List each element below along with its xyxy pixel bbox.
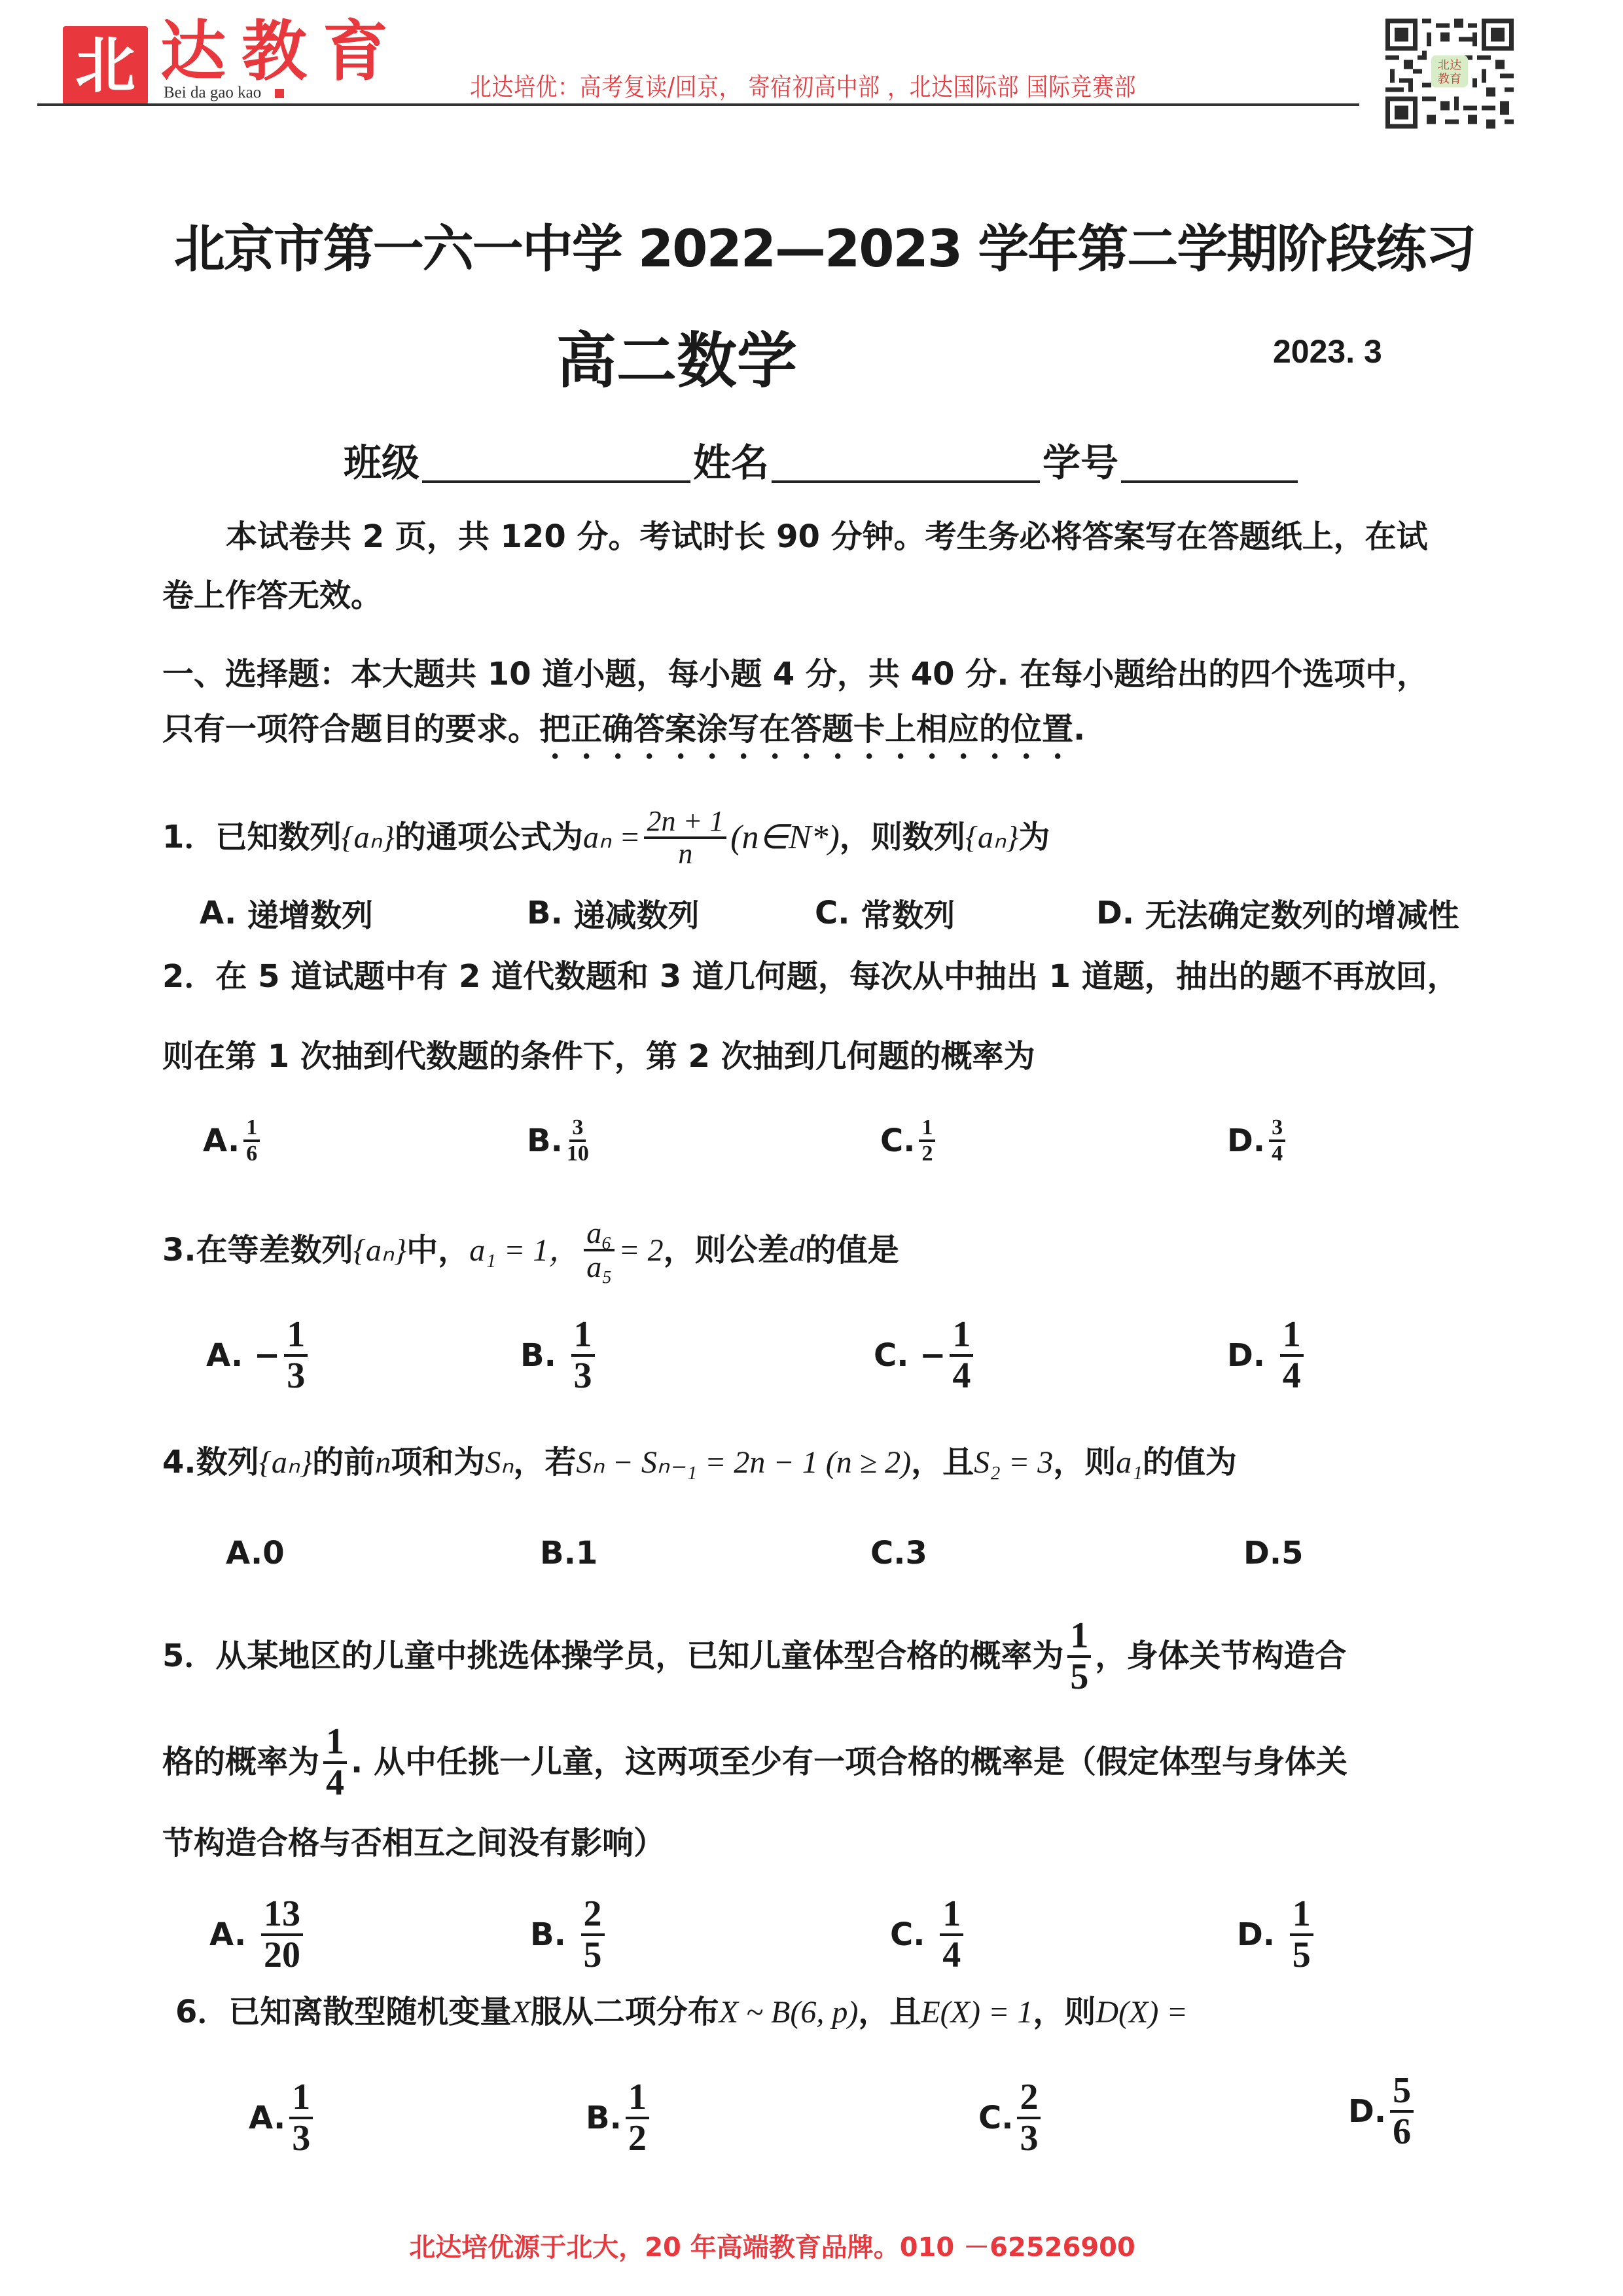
math-condition: a₁ = 1，: [469, 1232, 580, 1270]
q2-option-a[interactable]: A.16: [203, 1116, 264, 1165]
fraction-denominator: n: [678, 839, 692, 869]
q5-option-c[interactable]: C. 14: [890, 1895, 967, 1975]
option-label: D.: [1227, 1337, 1265, 1374]
fraction-denominator: 5: [584, 1936, 602, 1975]
section-1-requirement: 只有一项符合题目的要求。: [162, 711, 539, 747]
fraction-denominator: 20: [264, 1936, 300, 1975]
option-value: 常数列: [861, 890, 955, 935]
option-label: B.: [520, 1337, 556, 1374]
question-1: 1． 已知数列 {aₙ} 的通项公式为 aₙ = 2n + 1 n (n∈N*)…: [162, 806, 1050, 869]
option-label: B.: [540, 1535, 576, 1571]
math-sequence: {aₙ}: [341, 819, 395, 857]
option-label: B.: [586, 2100, 622, 2136]
q3-option-c[interactable]: C. −14: [874, 1316, 977, 1395]
q6-option-c[interactable]: C.23: [978, 2078, 1044, 2158]
fraction-numerator: 1: [1280, 1316, 1304, 1357]
fraction-numerator: 1: [323, 1723, 347, 1764]
header-divider: [37, 103, 1359, 106]
fraction-numerator: 3: [569, 1116, 586, 1142]
option-fraction: 12: [919, 1116, 935, 1165]
question-text: 的通项公式为: [395, 819, 583, 857]
fraction-denominator: 5: [1293, 1936, 1311, 1975]
question-text: 在等差数列: [196, 1232, 353, 1270]
class-field[interactable]: [422, 445, 690, 483]
option-label: D.: [1237, 1916, 1275, 1953]
fraction-numerator: 1: [919, 1116, 935, 1142]
question-3: 3. 在等差数列 {aₙ} 中， a₁ = 1， a₆a₅ = 2 ，则公差 d…: [162, 1217, 899, 1283]
question-text: 的值为: [1143, 1444, 1237, 1480]
option-value: 递减数列: [574, 890, 700, 935]
question-text: 中，: [406, 1232, 469, 1270]
section-1-emphasis: 把正确答案涂写在答题卡上相应的位置: [539, 711, 1073, 747]
intro-line-1: 本试卷共 2 页，共 120 分。考试时长 90 分钟。考生务必将答案写在答题纸…: [226, 518, 1428, 556]
q2-option-d[interactable]: D.34: [1227, 1116, 1289, 1165]
math-domain: (n∈N*): [730, 817, 840, 858]
math-distribution: X ~ B(6, p): [719, 1995, 859, 2030]
question-number: 3.: [162, 1232, 196, 1270]
option-label: B.: [527, 1122, 563, 1159]
q6-option-b[interactable]: B.12: [586, 2078, 653, 2158]
math-condition: S₂ = 3: [974, 1445, 1053, 1480]
name-field[interactable]: [772, 445, 1040, 483]
exam-date: 2023. 3: [1273, 332, 1382, 370]
footer-slogan: 北达培优源于北大，20 年高端教育品牌。010 －62526900: [0, 2227, 1623, 2264]
logo-subtitle: Bei da gao kao: [164, 84, 261, 102]
fraction-denominator: 2: [628, 2119, 647, 2158]
option-fraction: 1320: [261, 1895, 303, 1975]
question-text: 已知离散型随机变量: [228, 1994, 511, 2030]
fraction-numerator: 1: [243, 1116, 260, 1142]
fraction-denominator: 4: [1283, 1357, 1301, 1395]
math-sum: Sₙ: [485, 1445, 513, 1480]
math-condition: = 2: [618, 1232, 663, 1270]
fraction-denominator: 4: [942, 1936, 961, 1975]
option-fraction: 14: [940, 1895, 963, 1975]
student-info-line: 班级 姓名 学号: [344, 432, 1300, 487]
question-2: 2．在 5 道试题中有 2 道代数题和 3 道几何题，每次从中抽出 1 道题，抽…: [162, 958, 1459, 996]
question-number: 4.: [162, 1444, 196, 1480]
q4-option-d[interactable]: D.5: [1243, 1535, 1303, 1571]
question-text: 在 5 道试题中有 2 道代数题和 3 道几何题，每次从中抽出 1 道题，抽出的…: [215, 958, 1458, 995]
option-label: C.: [815, 895, 849, 931]
fraction-numerator: 13: [261, 1895, 303, 1936]
fraction-denominator: 10: [567, 1142, 589, 1166]
question-number: 5．: [162, 1638, 215, 1676]
question-text: 格的概率为: [162, 1744, 319, 1782]
q5-option-d[interactable]: D. 15: [1237, 1895, 1317, 1975]
question-text: 项和为: [391, 1444, 485, 1480]
question-text: ，且: [911, 1444, 974, 1480]
fraction-numerator: a₆: [584, 1217, 615, 1251]
option-label: A.: [203, 1122, 240, 1159]
option-label: C.: [890, 1916, 925, 1953]
q2-option-b[interactable]: B.310: [527, 1116, 593, 1165]
class-label: 班级: [344, 432, 419, 487]
fraction-numerator: 1: [284, 1316, 308, 1357]
math-sequence: {aₙ}: [259, 1445, 313, 1480]
question-5-line-3: 节构造合格与否相互之间没有影响）: [162, 1825, 665, 1863]
option-label: D.: [1227, 1122, 1265, 1159]
option-label: D.: [1096, 895, 1134, 931]
option-fraction: 23: [1017, 2078, 1041, 2158]
option-fraction: 310: [567, 1116, 589, 1165]
option-label: A.: [200, 895, 236, 931]
option-label: C.: [880, 1122, 915, 1159]
q1-option-a[interactable]: A. 递增数列: [200, 890, 373, 935]
fraction-denominator: 4: [1272, 1142, 1283, 1166]
name-label: 姓名: [693, 432, 769, 487]
fraction-denominator: 3: [1020, 2119, 1038, 2158]
math-relation: Sₙ − Sₙ₋₁ = 2n − 1 (n ≥ 2): [576, 1445, 911, 1480]
fraction-numerator: 2n + 1: [644, 806, 726, 839]
math-fraction: 15: [1067, 1617, 1091, 1696]
option-label: C.: [870, 1535, 905, 1571]
math-expectation: E(X) = 1: [921, 1995, 1033, 2030]
fraction-denominator: 3: [292, 2119, 310, 2158]
option-fraction: 34: [1269, 1116, 1285, 1165]
student-id-label: 学号: [1043, 432, 1118, 487]
q1-option-d[interactable]: D. 无法确定数列的增减性: [1096, 890, 1459, 935]
header-slogan: 北达培优：高考复读/回京， 寄宿初高中部 ，北达国际部 国际竞赛部: [470, 67, 1136, 103]
option-fraction: 13: [289, 2078, 313, 2158]
logo-square-icon: [275, 89, 284, 98]
svg-text:北达: 北达: [1438, 59, 1462, 73]
fraction-numerator: 1: [289, 2078, 313, 2119]
fraction-numerator: 1: [571, 1316, 595, 1357]
svg-text:教育: 教育: [1438, 73, 1461, 86]
option-label: B.: [527, 895, 563, 931]
option-label: C.: [978, 2100, 1013, 2136]
q4-option-a[interactable]: A.0: [226, 1535, 285, 1571]
question-text: 服从二项分布: [531, 1994, 719, 2030]
q1-option-b[interactable]: B. 递减数列: [527, 890, 700, 935]
question-text: 已知数列: [215, 819, 341, 857]
option-fraction: 13: [571, 1316, 595, 1395]
logo-name: 达教育: [160, 18, 404, 84]
question-number: 6．: [175, 1994, 228, 2030]
question-text: . 从中任挑一儿童，这两项至少有一项合格的概率是（假定体型与身体关: [351, 1744, 1347, 1782]
section-1-end: .: [1073, 711, 1085, 747]
section-1-heading: 一、选择题：本大题共 10 道小题，每小题 4 分，共 40 分. 在每小题给出…: [162, 656, 1428, 694]
option-fraction: 56: [1390, 2072, 1414, 2151]
math-variable: d: [789, 1232, 805, 1270]
option-label: C.: [874, 1337, 908, 1374]
q4-option-b[interactable]: B.1: [540, 1535, 597, 1571]
fraction-denominator: 5: [1070, 1658, 1088, 1696]
intro-line-2: 卷上作答无效。: [162, 577, 382, 615]
math-variance: D(X) =: [1096, 1995, 1187, 2030]
option-value: 5: [1281, 1535, 1303, 1571]
option-value: 0: [262, 1535, 284, 1571]
fraction-numerator: 1: [626, 2078, 649, 2119]
option-label: A.: [226, 1535, 262, 1571]
option-label: B.: [530, 1916, 566, 1953]
fraction-denominator: 4: [326, 1764, 344, 1803]
math-fraction: a₆a₅: [584, 1217, 615, 1283]
math-fraction: 2n + 1 n: [644, 806, 726, 869]
option-value: 1: [576, 1535, 597, 1571]
question-text: ，则公差: [664, 1232, 789, 1270]
fraction-denominator: 4: [952, 1357, 971, 1395]
question-6: 6．已知离散型随机变量X服从二项分布X ~ B(6, p)，且E(X) = 1，…: [175, 1994, 1188, 2032]
fraction-denominator: a₅: [586, 1251, 612, 1283]
q5-option-b[interactable]: B. 25: [530, 1895, 609, 1975]
question-5: 5． 从某地区的儿童中挑选体操学员，已知儿童体型合格的概率为 15 ，身体关节构…: [162, 1617, 1346, 1696]
q2-option-c[interactable]: C.12: [880, 1116, 939, 1165]
question-text: ，则: [1033, 1994, 1096, 2030]
q3-option-d[interactable]: D. 14: [1227, 1316, 1308, 1395]
question-number: 1．: [162, 819, 215, 857]
option-value: 递增数列: [247, 890, 373, 935]
option-fraction: 14: [1280, 1316, 1304, 1395]
option-sign: −: [254, 1337, 280, 1374]
section-1-heading-line-2: 只有一项符合题目的要求。把正确答案涂写在答题卡上相应的位置.: [162, 711, 1085, 766]
option-label: A.: [206, 1337, 243, 1374]
option-fraction: 13: [284, 1316, 308, 1395]
question-text: 为: [1018, 819, 1050, 857]
fraction-numerator: 3: [1269, 1116, 1285, 1142]
question-text: ，身体关节构造合: [1095, 1638, 1346, 1676]
logo-mark: 北: [63, 26, 148, 105]
math-fraction: 14: [323, 1723, 347, 1803]
math-formula-lhs: aₙ =: [583, 819, 641, 857]
math-sequence: {aₙ}: [353, 1232, 407, 1270]
math-variable: a₁: [1116, 1445, 1143, 1480]
fraction-numerator: 2: [581, 1895, 605, 1936]
option-fraction: 14: [950, 1316, 973, 1395]
fraction-denominator: 6: [246, 1142, 257, 1166]
option-label: D.: [1243, 1535, 1281, 1571]
option-label: A.: [249, 2100, 285, 2136]
option-label: A.: [209, 1916, 246, 1953]
question-text: ，若: [513, 1444, 576, 1480]
qr-code-icon: 北达 教育: [1385, 18, 1514, 130]
fraction-denominator: 6: [1393, 2113, 1411, 2151]
fraction-denominator: 3: [287, 1357, 305, 1395]
fraction-numerator: 5: [1390, 2072, 1414, 2113]
exam-title: 北京市第一六一中学 2022—2023 学年第二学期阶段练习: [0, 208, 1623, 281]
student-id-field[interactable]: [1121, 445, 1298, 483]
math-variable: X: [511, 1995, 530, 2030]
q3-option-a[interactable]: A. −13: [206, 1316, 312, 1395]
fraction-denominator: 2: [921, 1142, 933, 1166]
fraction-numerator: 2: [1017, 2078, 1041, 2119]
question-2-line-2: 则在第 1 次抽到代数题的条件下，第 2 次抽到几何题的概率为: [162, 1038, 1035, 1076]
q6-option-a[interactable]: A.13: [249, 2078, 317, 2158]
fraction-numerator: 1: [940, 1895, 963, 1936]
question-4: 4.数列{aₙ}的前n项和为Sₙ，若Sₙ − Sₙ₋₁ = 2n − 1 (n …: [162, 1444, 1237, 1482]
question-text: 的值是: [805, 1232, 899, 1270]
option-fraction: 12: [626, 2078, 649, 2158]
question-number: 2．: [162, 958, 215, 995]
question-text: 数列: [196, 1444, 259, 1480]
fraction-numerator: 1: [1067, 1617, 1091, 1658]
q1-option-c[interactable]: C. 常数列: [815, 890, 955, 935]
option-label: D.: [1348, 2093, 1386, 2130]
subject-title: 高二数学: [556, 313, 797, 399]
option-fraction: 15: [1290, 1895, 1313, 1975]
question-text: ，且: [858, 1994, 921, 2030]
q5-option-a[interactable]: A. 1320: [209, 1895, 307, 1975]
fraction-numerator: 1: [1290, 1895, 1313, 1936]
option-sign: −: [919, 1337, 946, 1374]
option-value: 无法确定数列的增减性: [1145, 890, 1459, 935]
question-5-line-2: 格的概率为 14 . 从中任挑一儿童，这两项至少有一项合格的概率是（假定体型与身…: [162, 1723, 1347, 1803]
question-text: ，则数列: [840, 819, 965, 857]
option-fraction: 25: [581, 1895, 605, 1975]
fraction-denominator: 3: [574, 1357, 592, 1395]
math-variable: n: [375, 1445, 391, 1480]
math-sequence: {aₙ}: [965, 819, 1019, 857]
q3-option-b[interactable]: B. 13: [520, 1316, 599, 1395]
logo-mark-char: 北: [75, 35, 135, 96]
option-value: 3: [905, 1535, 927, 1571]
question-text: ，则: [1053, 1444, 1116, 1480]
q6-option-d[interactable]: D.56: [1348, 2072, 1418, 2151]
q4-option-c[interactable]: C.3: [870, 1535, 927, 1571]
fraction-numerator: 1: [950, 1316, 973, 1357]
question-text: 的前: [312, 1444, 375, 1480]
question-text: 从某地区的儿童中挑选体操学员，已知儿童体型合格的概率为: [215, 1638, 1063, 1676]
option-fraction: 16: [243, 1116, 260, 1165]
